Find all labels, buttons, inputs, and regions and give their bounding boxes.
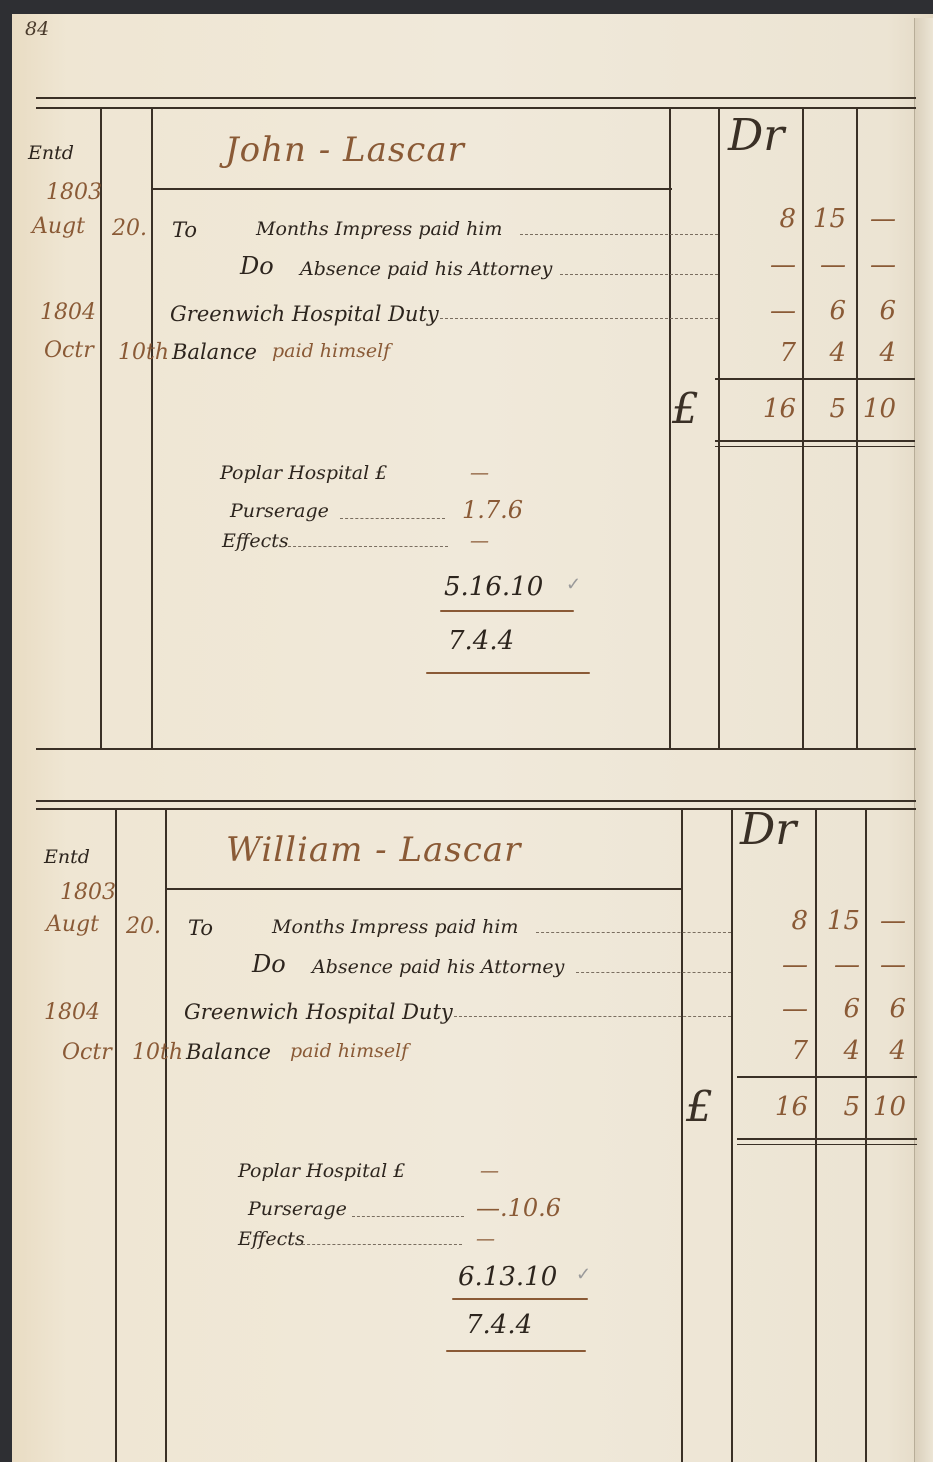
leader-dots [520,234,718,235]
effects-value: — [470,530,489,552]
day-2: 10th [118,340,169,365]
amount-pence: — [870,906,906,936]
amount-pence: 4 [870,1036,906,1066]
total-bottom-rule-2 [715,446,915,447]
pound-sign: £ [686,1082,713,1131]
top-rule [36,97,916,99]
line-prefix: Do [240,252,274,280]
total-bottom-rule-2 [737,1144,917,1145]
amount-shillings: 6 [820,994,860,1024]
month-2: Octr [62,1040,112,1065]
col-rule [718,108,720,748]
amount-pence: — [860,204,896,234]
day-2: 10th [132,1040,183,1065]
debit-header: Dr [740,804,796,855]
amount-pence: — [860,250,896,280]
poplar-label: Poplar Hospital £ [238,1160,405,1182]
month-2: Octr [44,338,94,363]
amount-shillings: — [820,950,860,980]
line-prefix: To [188,916,213,940]
line-text: Months Impress paid him [256,218,502,240]
total-pounds: 16 [752,1092,808,1122]
top-rule-2 [36,107,916,109]
debit-header: Dr [728,110,784,161]
col-rule [815,810,817,1462]
line-text: Greenwich Hospital Duty [184,1000,453,1024]
line-prefix: Do [252,950,286,978]
total-shillings: 5 [820,1092,860,1122]
amount-pounds: — [740,296,796,326]
col-rule [669,108,671,748]
year-2: 1804 [40,300,96,325]
subtotal: 5.16.10 [444,572,543,602]
amount-shillings: 15 [806,204,846,234]
leader-dots [440,318,718,319]
amount-pence: — [870,950,906,980]
amount-pounds: — [752,950,808,980]
leader-dots [454,1016,731,1017]
amount-pounds: 7 [740,338,796,368]
amount-shillings: 4 [820,1036,860,1066]
month-1: Augt [46,912,99,937]
col-rule [802,108,804,748]
effects-label: Effects [238,1228,305,1250]
balance-underline [446,1350,586,1352]
amount-pounds: — [752,994,808,1024]
line-text: Balance [186,1040,271,1064]
balance: 7.4.4 [466,1310,532,1340]
name-underline-rule [152,188,672,190]
purserage-value: —.10.6 [476,1194,561,1222]
leader-dots [288,546,448,547]
poplar-label: Poplar Hospital £ [220,462,387,484]
bottom-rule [36,748,916,750]
col-rule [731,810,733,1462]
check-mark: ✓ [576,1264,591,1285]
next-page-edge [914,18,933,1462]
col-rule [115,810,117,1462]
line-handwritten: paid himself [272,340,390,362]
month-1: Augt [32,214,85,239]
folio-number: 84 [25,18,49,40]
col-rule [151,108,153,748]
amount-shillings: 15 [820,906,860,936]
leader-dots [340,518,445,519]
amount-pence: 6 [860,296,896,326]
entered-label: Entd [44,846,90,868]
top-rule [36,800,916,802]
subtotal: 6.13.10 [458,1262,557,1292]
subtotal-underline [440,610,574,612]
year-2: 1804 [44,1000,100,1025]
leader-dots [560,274,718,275]
total-pounds: 16 [740,394,796,424]
day-1: 20. [112,216,147,241]
line-text: Greenwich Hospital Duty [170,302,439,326]
subtotal-underline [452,1298,588,1300]
balance-underline [426,672,590,674]
check-mark: ✓ [566,574,581,595]
col-rule [165,810,167,1462]
pound-sign: £ [672,384,699,433]
leader-dots [352,1216,464,1217]
total-pence: 10 [860,394,896,424]
purserage-label: Purserage [248,1198,347,1220]
line-text: Balance [172,340,257,364]
amount-pounds: 8 [752,906,808,936]
total-top-rule [715,378,915,380]
amount-shillings: 6 [806,296,846,326]
entered-label: Entd [28,142,74,164]
amount-shillings: — [806,250,846,280]
account-name: William - Lascar [226,830,521,870]
total-top-rule [737,1076,917,1078]
amount-pounds: — [740,250,796,280]
year-1: 1803 [60,880,116,905]
line-text: Months Impress paid him [272,916,518,938]
total-bottom-rule [715,440,915,442]
leader-dots [576,972,731,973]
line-handwritten: paid himself [290,1040,408,1062]
year-1: 1803 [46,180,102,205]
effects-label: Effects [222,530,289,552]
leader-dots [302,1244,462,1245]
amount-pence: 4 [860,338,896,368]
amount-pounds: 8 [740,204,796,234]
name-underline-rule [166,888,682,890]
col-rule [681,810,683,1462]
poplar-value: — [480,1160,499,1182]
purserage-value: 1.7.6 [462,496,523,524]
total-shillings: 5 [806,394,846,424]
line-prefix: To [172,218,197,242]
col-rule [865,810,867,1462]
day-1: 20. [126,914,161,939]
account-name: John - Lascar [225,130,465,170]
line-text: Absence paid his Attorney [300,258,552,280]
line-text: Absence paid his Attorney [312,956,564,978]
balance: 7.4.4 [448,626,514,656]
poplar-value: — [470,462,489,484]
amount-shillings: 4 [806,338,846,368]
effects-value: — [476,1228,495,1250]
col-rule [856,108,858,748]
total-pence: 10 [870,1092,906,1122]
leader-dots [536,932,731,933]
purserage-label: Purserage [230,500,329,522]
total-bottom-rule [737,1138,917,1140]
amount-pence: 6 [870,994,906,1024]
amount-pounds: 7 [752,1036,808,1066]
